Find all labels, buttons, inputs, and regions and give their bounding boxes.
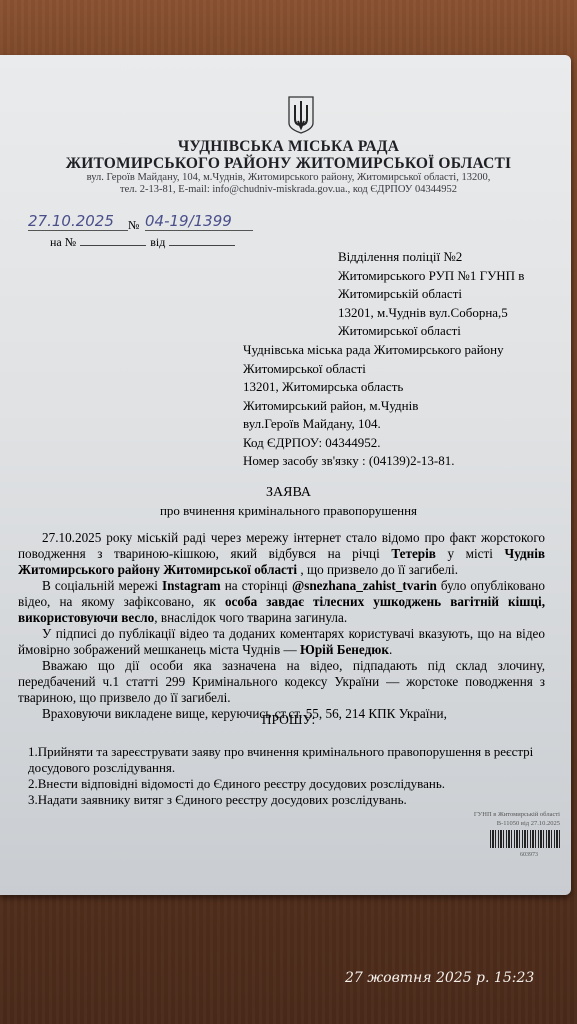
recipient-line: Житомирського РУП №1 ГУНП в — [338, 267, 524, 286]
recipient-line: Житомирській області — [338, 285, 524, 304]
body-paragraph: В соціальній мережі Instagram на сторінц… — [18, 578, 545, 626]
sender-line: Номер засобу зв'язку : (04139)2-13-81. — [243, 452, 504, 471]
paragraph-text: у місті — [436, 546, 505, 561]
reference-line: на №від — [50, 235, 239, 250]
sender-block: Чуднівська міська рада Житомирського рай… — [243, 341, 504, 471]
recipient-line: 13201, м.Чуднів вул.Соборна,5 — [338, 304, 524, 323]
document-body: 27.10.2025 року міській раді через мереж… — [18, 530, 545, 722]
request-item: 1.Прийняти та зареєструвати заяву про вч… — [28, 744, 548, 776]
barcode-icon — [490, 830, 560, 848]
request-heading: ПРОШУ: — [0, 712, 577, 728]
document-subtitle: про вчинення кримінального правопорушенн… — [0, 503, 577, 519]
outgoing-number-handwritten: 04-19/1399 — [145, 212, 253, 231]
paragraph-text: Вважаю що дії особи яка зазначена на від… — [18, 658, 545, 705]
body-paragraph: 27.10.2025 року міській раді через мереж… — [18, 530, 545, 578]
barcode-number: 603973 — [520, 852, 538, 858]
from-label: від — [150, 235, 165, 249]
stamp-line1: ГУНП в Житомирській області — [440, 810, 560, 819]
emphasized-text: Тетерів — [391, 546, 436, 561]
body-paragraph: Вважаю що дії особи яка зазначена на від… — [18, 658, 545, 706]
emphasized-text: Instagram — [162, 578, 221, 593]
org-name-line1: ЧУДНІВСЬКА МІСЬКА РАДА — [0, 138, 577, 156]
sender-line: вул.Героїв Майдану, 104. — [243, 415, 504, 434]
paragraph-text: . — [389, 642, 392, 657]
sender-line: Чуднівська міська рада Житомирського рай… — [243, 341, 504, 360]
sender-line: Житомирської області — [243, 360, 504, 379]
from-blank — [169, 235, 235, 246]
outgoing-date-handwritten: 27.10.2025 — [28, 212, 128, 231]
trident-coat-of-arms-icon — [287, 95, 315, 135]
request-item: 3.Надати заявнику витяг з Єдиного реєстр… — [28, 792, 548, 808]
emphasized-text: Юрій Бенедюк — [300, 642, 389, 657]
receipt-stamp: ГУНП в Житомирській області В-11050 від … — [440, 810, 560, 828]
paragraph-text: У підписі до публікації відео та доданих… — [18, 626, 545, 657]
paragraph-text: , внаслідок чого тварина загинула. — [154, 610, 347, 625]
org-address: вул. Героїв Майдану, 104, м.Чуднів, Жито… — [0, 172, 577, 183]
org-name-line2: ЖИТОМИРСЬКОГО РАЙОНУ ЖИТОМИРСЬКОЇ ОБЛАСТ… — [0, 155, 577, 173]
recipient-line: Відділення поліції №2 — [338, 248, 524, 267]
paragraph-text: , що призвело до її загибелі. — [297, 562, 458, 577]
recipient-block: Відділення поліції №2 Житомирського РУП … — [338, 248, 524, 341]
request-item: 2.Внести відповідні відомості до Єдиного… — [28, 776, 548, 792]
emphasized-text: @snezhana_zahist_tvarin — [292, 578, 437, 593]
number-label: № — [128, 218, 139, 233]
sender-line: Житомирський район, м.Чуднів — [243, 397, 504, 416]
reference-label: на № — [50, 235, 76, 249]
body-paragraph: У підписі до публікації відео та доданих… — [18, 626, 545, 658]
sender-line: Код ЄДРПОУ: 04344952. — [243, 434, 504, 453]
paragraph-text: на сторінці — [221, 578, 292, 593]
org-contacts: тел. 2-13-81, E-mail: info@chudniv-miskr… — [0, 184, 577, 195]
stamp-line2: В-11050 від 27.10.2025 — [440, 819, 560, 828]
recipient-line: Житомирської області — [338, 322, 524, 341]
photo-timestamp: 27 жовтня 2025 р. 15:23 — [345, 970, 534, 986]
request-list: 1.Прийняти та зареєструвати заяву про вч… — [28, 744, 548, 808]
paragraph-text: В соціальній мережі — [42, 578, 162, 593]
sender-line: 13201, Житомирська область — [243, 378, 504, 397]
document-title: ЗАЯВА — [0, 485, 577, 501]
reference-blank — [80, 235, 146, 246]
